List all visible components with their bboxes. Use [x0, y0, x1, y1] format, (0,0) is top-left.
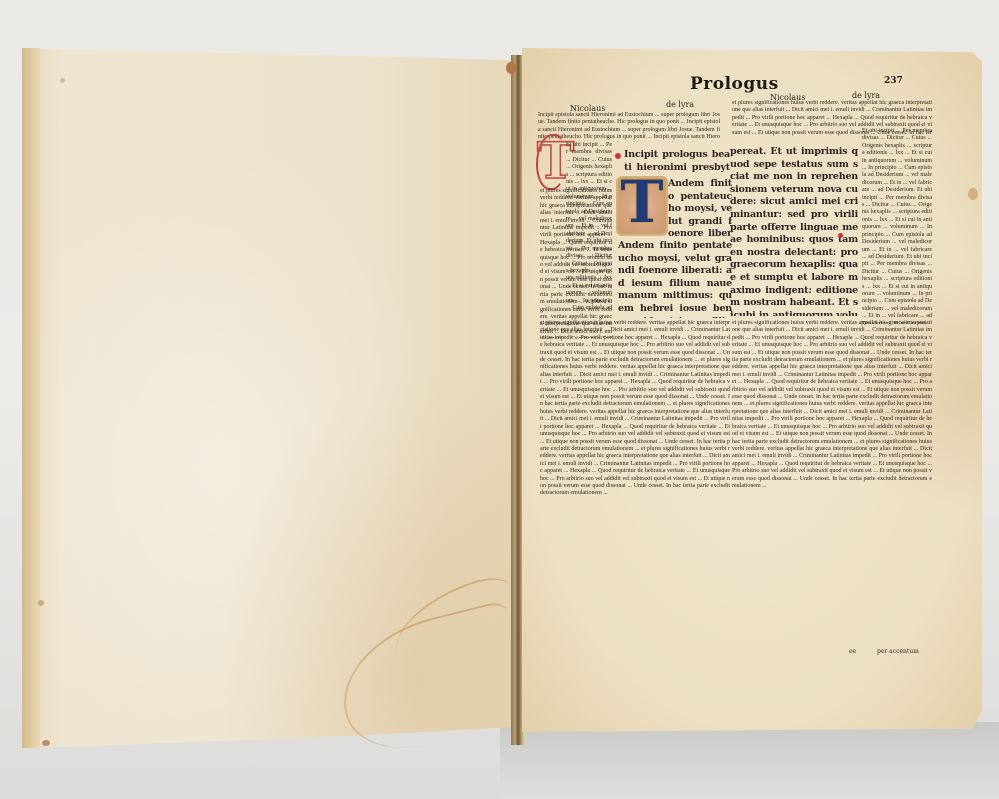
gloss-column-right: Et ubi incipit ... Per membra divisas ..…: [862, 128, 932, 324]
foxing-spot: [38, 600, 44, 606]
commentary-column-right: et plures significationes huius verbi re…: [732, 320, 932, 640]
running-head-right-2: de lyra: [852, 91, 880, 100]
thread-knot: [506, 62, 516, 74]
rubric-paragraph-mark: [615, 153, 621, 159]
corner-stain: [42, 740, 50, 746]
left-page-edge: [22, 48, 40, 748]
prologue-text-col1: Andem finito pentateucho moysi, velut gr…: [618, 240, 732, 318]
commentary-column-left: et plures significationes huius verbi re…: [540, 320, 730, 656]
running-head-left-2: de lyra: [666, 100, 694, 109]
prologue-text-beside-initial: Andem finito pentateucho moysi, velut gr…: [668, 178, 732, 240]
illuminated-initial: T: [618, 170, 666, 234]
gloss-column-left-lower: et plures significationes huius verbi re…: [540, 188, 612, 338]
signature-mark: ee: [849, 648, 856, 655]
page-headline: Prologus: [690, 74, 779, 94]
prologue-text-col2: pereat. Et ut imprimis quod sepe testatu…: [730, 146, 858, 316]
catchword: per accentum: [877, 648, 919, 655]
foxing-spot: [60, 78, 65, 83]
edge-stain: [968, 188, 978, 200]
folio-number: 237: [884, 76, 903, 86]
backdrop-shadow: [500, 722, 999, 799]
rubric-mark: [838, 233, 843, 238]
